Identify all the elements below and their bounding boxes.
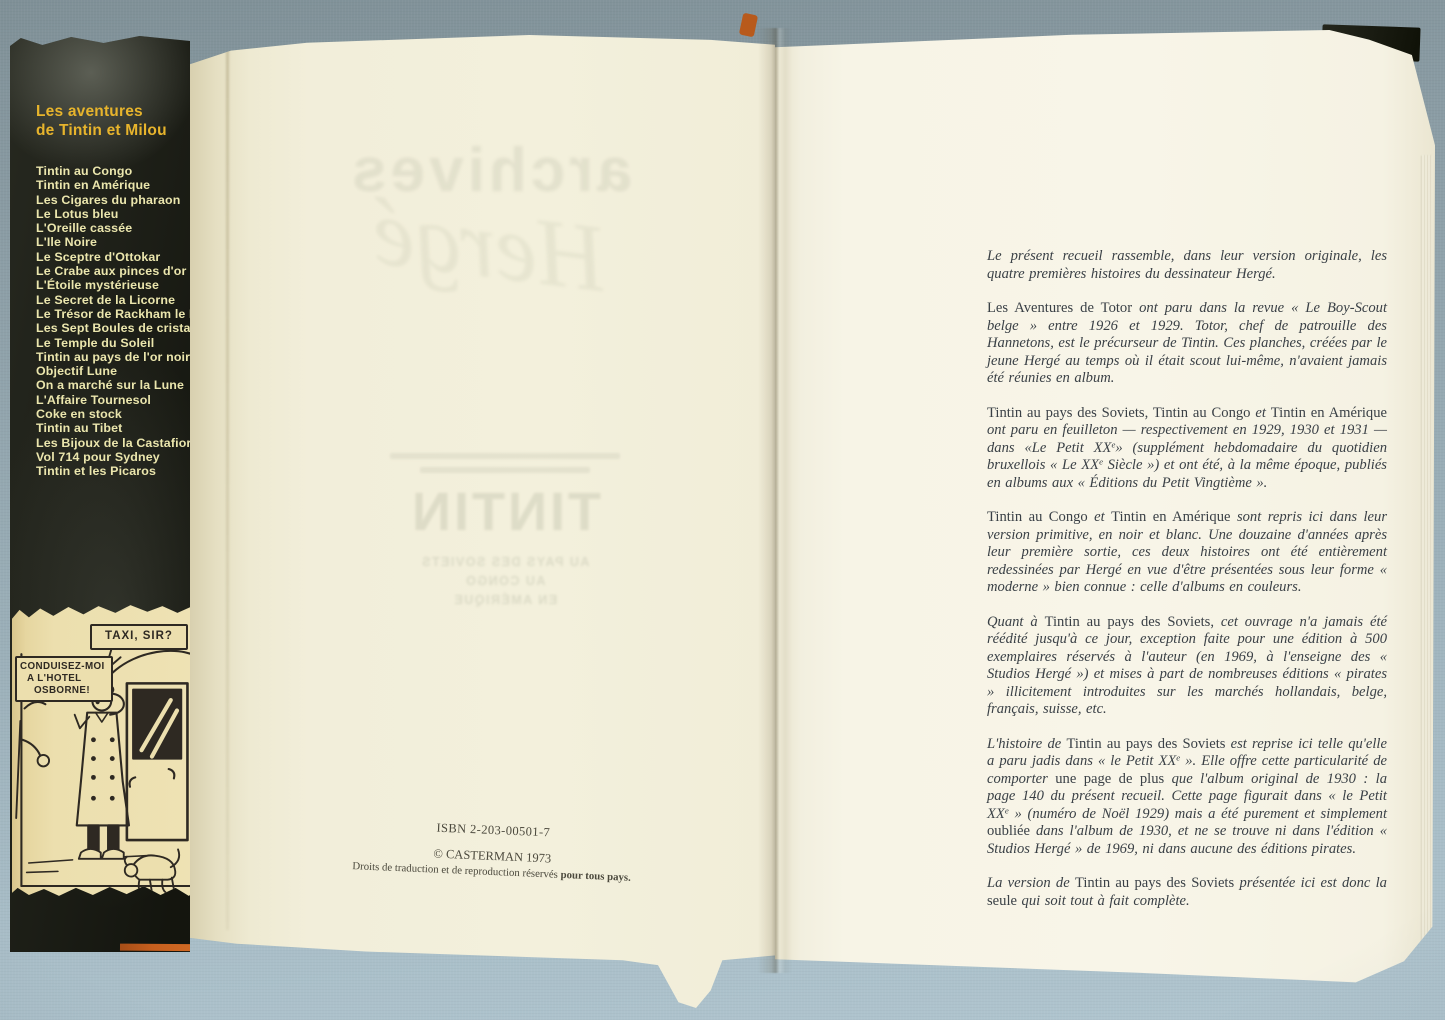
speech-bubble-line: CONDUISEZ-MOI [20, 661, 108, 673]
show-through-bar [390, 453, 620, 459]
flap-title-item: L'Affaire Tournesol [36, 393, 190, 407]
isbn-number: ISBN 2-203-00501-7 [321, 816, 666, 845]
flap-title-item: Le Sceptre d'Ottokar [36, 250, 190, 264]
introduction-page: Le présent recueil rassemble, dans leur … [775, 30, 1435, 990]
collar [96, 713, 109, 722]
flap-title-item: On a marché sur la Lune [36, 378, 190, 392]
flap-series-title-line1: Les aventures [36, 102, 167, 121]
car-roof [112, 651, 196, 673]
show-through-subtitles: AU PAYS DES SOVIETSAU CONGOEN AMÉRIQUE [370, 553, 640, 610]
flap-title-item: Les Cigares du pharaon [36, 193, 190, 207]
book-spread-photo: archives Hergé TINTIN AU PAYS DES SOVIET… [0, 0, 1445, 1020]
show-through-subtitle: AU PAYS DES SOVIETS [370, 553, 640, 572]
coat [77, 713, 129, 826]
flap-title-item: Tintin au Congo [36, 164, 190, 178]
intro-paragraph: Le présent recueil rassemble, dans leur … [987, 248, 1387, 283]
intro-paragraph: Les Aventures de Totor ont paru dans la … [987, 300, 1387, 388]
show-through-herge: Hergé [270, 164, 710, 326]
flap-title-item: Le Trésor de Rackham le Rouge [36, 307, 190, 321]
flap-title-list: Tintin au CongoTintin en AmériqueLes Cig… [36, 164, 190, 479]
flap-title-item: Vol 714 pour Sydney [36, 450, 190, 464]
flap-title-item: L'Étoile mystérieuse [36, 278, 190, 292]
flap-title-item: Tintin au Tibet [36, 421, 190, 435]
flap-series-title: Les aventures de Tintin et Milou [36, 102, 167, 140]
coat-buttons [91, 737, 115, 800]
intro-paragraph: Tintin au Congo et Tintin en Amérique so… [987, 509, 1387, 597]
flap-title-item: Coke en stock [36, 407, 190, 421]
flap-title-item: Tintin au pays de l'or noir [36, 350, 190, 364]
intro-text: Le présent recueil rassemble, dans leur … [987, 248, 1387, 927]
flap-series-title-line2: de Tintin et Milou [36, 121, 167, 140]
flap-title-item: L'Ile Noire [36, 235, 190, 249]
intro-paragraph: La version de Tintin au pays des Soviets… [987, 875, 1387, 910]
comic-panel: TAXI, SIR? CONDUISEZ-MOIA L'HOTELOSBORNE… [12, 604, 200, 900]
flap-title-item: Le Crabe aux pinces d'or [36, 264, 190, 278]
intro-paragraph: L'histoire de Tintin au pays des Soviets… [987, 736, 1387, 859]
cover-board-stripe [120, 944, 228, 952]
show-through-title-block: TINTIN AU PAYS DES SOVIETSAU CONGOEN AMÉ… [370, 453, 640, 610]
flap-title-item: Les Sept Boules de cristal [36, 321, 190, 335]
speech-bubble-taxi: TAXI, SIR? [90, 624, 188, 650]
intro-paragraph: Quant à Tintin au pays des Soviets, cet … [987, 614, 1387, 719]
flap-title-item: Le Secret de la Licorne [36, 293, 190, 307]
rights-text-bold: pour tous pays. [560, 869, 631, 884]
show-through-bar [420, 467, 590, 473]
show-through-subtitle: AU CONGO [370, 572, 640, 591]
comic-illustration [12, 604, 200, 913]
flap-title-item: Tintin en Amérique [36, 178, 190, 192]
flap-title-item: Tintin et les Picaros [36, 464, 190, 478]
spats [79, 849, 124, 859]
copyright-page: archives Hergé TINTIN AU PAYS DES SOVIET… [190, 35, 775, 1010]
chauffeur-figure [77, 684, 129, 859]
flap-title-item: L'Oreille cassée [36, 221, 190, 235]
door-handles [130, 769, 175, 787]
spine-headband [739, 13, 758, 38]
flap-title-item: Le Lotus bleu [36, 207, 190, 221]
panel-bottom-lines [14, 886, 198, 897]
intro-paragraph: Tintin au pays des Soviets, Tintin au Co… [987, 405, 1387, 493]
speech-bubble-line: OSBORNE! [34, 685, 108, 697]
speech-bubble-line: A L'HOTEL [27, 673, 108, 685]
show-through-subtitle: EN AMÉRIQUE [370, 591, 640, 610]
flap-title-item: Le Temple du Soleil [36, 336, 190, 350]
show-through-archives: archives [275, 135, 705, 206]
show-through-logo: archives Hergé [275, 135, 705, 300]
dust-jacket-flap: Les aventures de Tintin et Milou Tintin … [10, 36, 190, 952]
flap-title-item: Objectif Lune [36, 364, 190, 378]
show-through-tintin: TINTIN [370, 481, 640, 543]
imprint-block: ISBN 2-203-00501-7 © CASTERMAN 1973 Droi… [319, 816, 666, 885]
speech-bubble-conduisez: CONDUISEZ-MOIA L'HOTELOSBORNE! [15, 656, 113, 702]
flap-title-item: Les Bijoux de la Castafiore [36, 436, 190, 450]
